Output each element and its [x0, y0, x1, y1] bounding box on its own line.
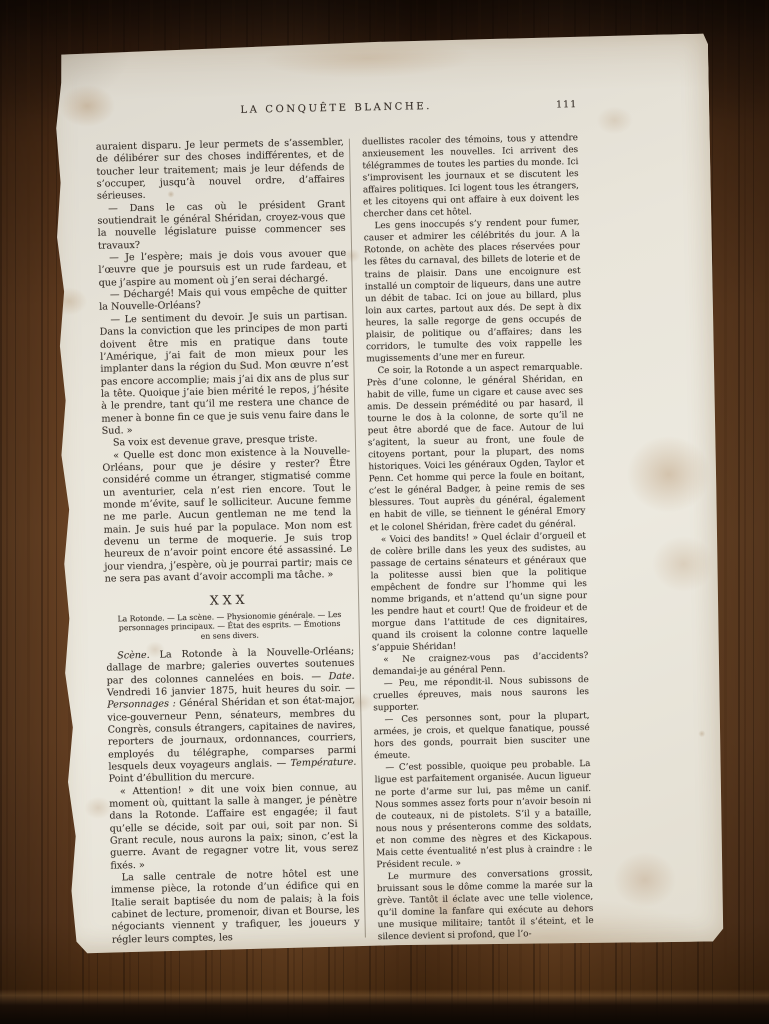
paragraph: auraient disparu. Je leur permets de s’a…: [96, 137, 345, 204]
paragraph: duellistes racoler des témoins, tous y a…: [362, 132, 580, 221]
running-title: LA CONQUÊTE BLANCHE.: [240, 101, 432, 116]
paragraph: — Peu, me répondit-il. Nous subissons de…: [373, 674, 590, 714]
paragraph: — Le sentiment du devoir. Je suis un par…: [99, 310, 349, 438]
book-page: LA CONQUÊTE BLANCHE. 111 auraient dispar…: [48, 33, 726, 954]
right-column: duellistes racoler des témoins, tous y a…: [362, 132, 594, 943]
paragraph: Le murmure des conversations grossit, br…: [377, 867, 594, 944]
paragraph: — Dans le cas où le président Grant sout…: [97, 199, 346, 253]
paragraph: Scène. La Rotonde à la Nouvelle-Orléans;…: [106, 646, 357, 787]
paragraph: Les gens inoccupés s’y rendent pour fume…: [364, 216, 583, 365]
chapter-number: XXX: [105, 592, 353, 609]
paragraph: « Quelle est donc mon existence à la Nou…: [102, 445, 353, 586]
paragraph: Ce soir, la Rotonde a un aspect remarqua…: [366, 361, 585, 534]
page-number: 111: [556, 99, 577, 110]
paragraph: « Voici des bandits! » Quel éclair d’org…: [370, 530, 588, 655]
left-column: auraient disparu. Je leur permets de s’a…: [96, 137, 360, 949]
page-header: LA CONQUÊTE BLANCHE. 111: [95, 98, 577, 124]
text-block: auraient disparu. Je leur permets de s’a…: [96, 132, 594, 949]
paragraph: — Ces personnes sont, pour la plupart, a…: [373, 710, 590, 763]
wood-desk-background: LA CONQUÊTE BLANCHE. 111 auraient dispar…: [0, 0, 769, 1024]
paragraph: La salle centrale de notre hôtel est une…: [111, 868, 360, 947]
paragraph: — Je l’espère; mais je dois vous avouer …: [98, 248, 347, 290]
paragraph: — C’est possible, quoique peu probable. …: [374, 758, 592, 871]
chapter-summary: La Rotonde. — La scène. — Physionomie gé…: [105, 609, 354, 643]
paragraph: « Attention! » dit une voix bien connue,…: [109, 781, 359, 872]
